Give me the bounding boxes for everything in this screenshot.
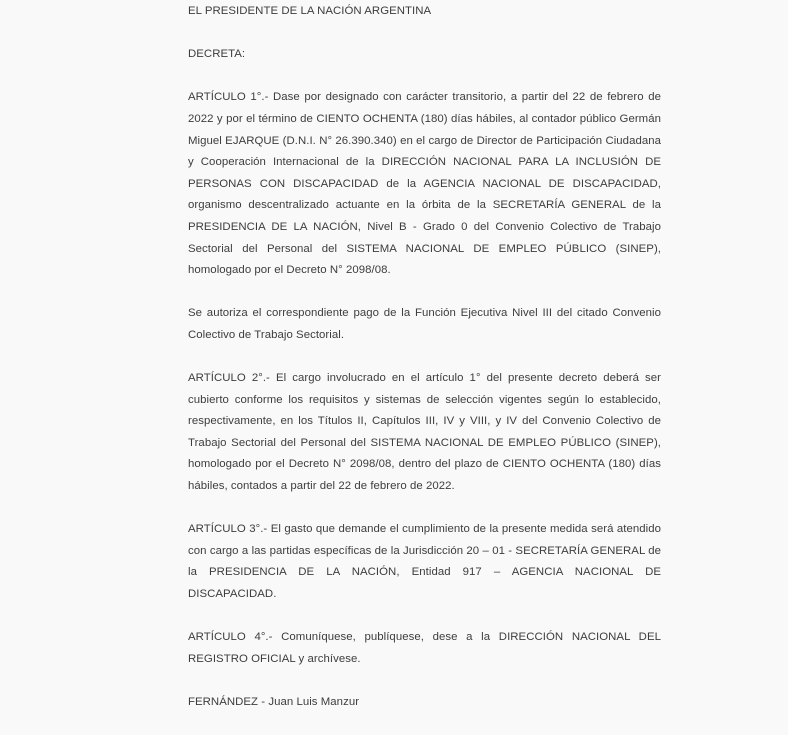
article-1-paragraph: ARTÍCULO 1°.- Dase por designado con car…: [188, 87, 661, 281]
decreta-label: DECRETA:: [188, 44, 661, 66]
decree-document: EL PRESIDENTE DE LA NACIÓN ARGENTINA DEC…: [188, 1, 661, 616]
article-3-paragraph: ARTÍCULO 3°.- El gasto que demande el cu…: [188, 519, 661, 605]
article-2-paragraph: ARTÍCULO 2°.- El cargo involucrado en el…: [188, 368, 661, 498]
article-1-payment-paragraph: Se autoriza el correspondiente pago de l…: [188, 303, 661, 346]
issuer-heading: EL PRESIDENTE DE LA NACIÓN ARGENTINA: [188, 1, 661, 23]
